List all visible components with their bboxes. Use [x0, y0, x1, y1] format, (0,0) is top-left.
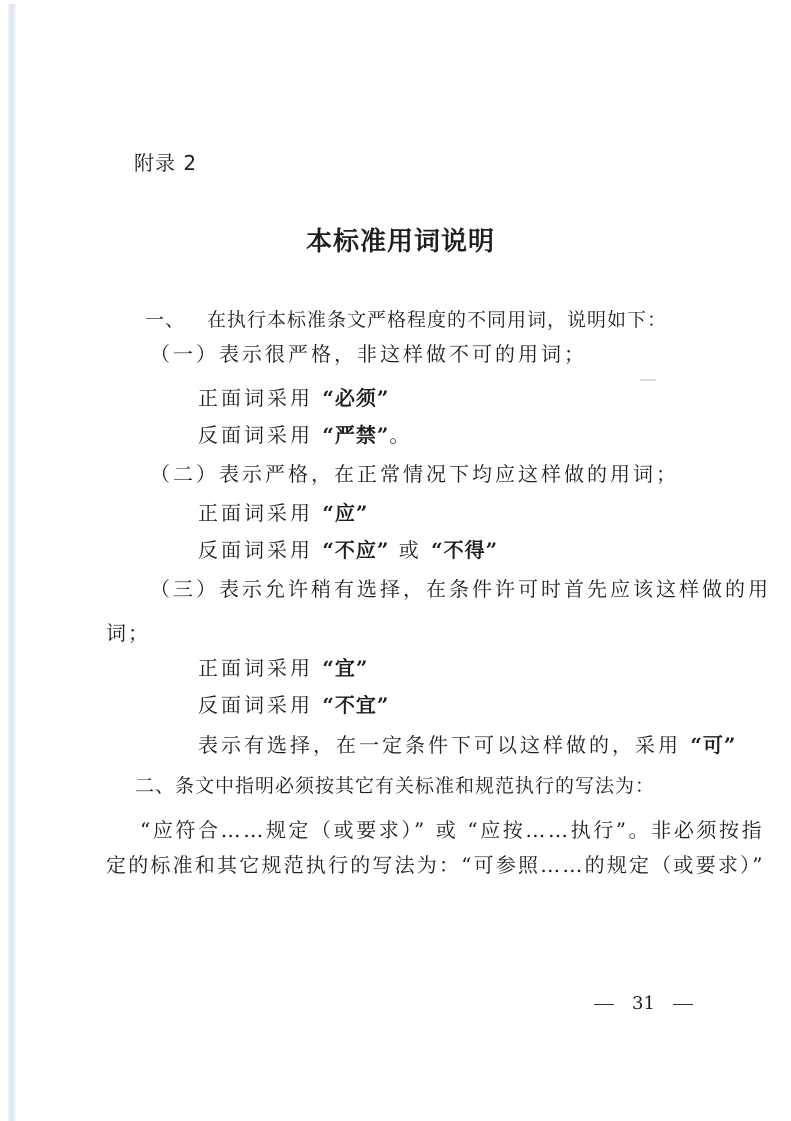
- negative-terms: “不宜”: [322, 693, 389, 717]
- section-2-paragraph-line-1: “应符合……规定（或要求）” 或 “应按……执行”。非必须按指: [140, 818, 764, 842]
- item-1-label: （一）表示很严格，非这样做不可的用词；: [150, 342, 587, 366]
- item-2-positive: 正面词采用 “应”: [198, 501, 368, 525]
- positive-terms: “必须”: [322, 386, 389, 410]
- negative-prefix: 反面词采用: [198, 423, 313, 447]
- item-1-positive: 正面词采用 “必须”: [198, 386, 389, 410]
- scan-speck: [640, 379, 656, 381]
- negative-prefix: 反面词采用: [198, 538, 313, 562]
- item-3-label: （三）表示允许稍有选择，在条件许可时首先应该这样做的用: [150, 577, 771, 601]
- positive-prefix: 正面词采用: [198, 501, 313, 525]
- negative-or: 或: [399, 538, 422, 562]
- positive-prefix: 正面词采用: [198, 656, 313, 680]
- optional-prefix: 表示有选择，在一定条件下可以这样做的，采用: [198, 733, 681, 757]
- optional-terms: “可”: [690, 733, 736, 757]
- section-2-heading: 二、条文中指明必须按其它有关标准和规范执行的写法为：: [135, 774, 655, 798]
- negative-term-2: “不得”: [431, 538, 498, 562]
- page-number: 31: [594, 992, 693, 1016]
- positive-prefix: 正面词采用: [198, 386, 313, 410]
- item-2-negative: 反面词采用 “不应” 或 “不得”: [198, 538, 498, 562]
- item-1-negative: 反面词采用 “严禁”。: [198, 423, 412, 447]
- scan-edge-artifact: [8, 4, 17, 1121]
- page-number-dash-right: [673, 1004, 693, 1005]
- section-1-heading: 一、在执行本标准条文严格程度的不同用词，说明如下：: [145, 308, 667, 332]
- page-title: 本标准用词说明: [0, 226, 791, 258]
- section-1-heading-text: 在执行本标准条文严格程度的不同用词，说明如下：: [207, 309, 667, 331]
- item-2-label: （二）表示严格，在正常情况下均应这样做的用词；: [150, 462, 679, 486]
- negative-prefix: 反面词采用: [198, 693, 313, 717]
- positive-terms: “应”: [322, 501, 368, 525]
- positive-terms: “宜”: [322, 656, 368, 680]
- negative-term-1: “不应”: [322, 538, 389, 562]
- page-number-dash-left: [594, 1004, 614, 1005]
- page-number-value: 31: [632, 993, 655, 1014]
- item-3-negative: 反面词采用 “不宜”: [198, 693, 389, 717]
- section-2-paragraph-line-2: 定的标准和其它规范执行的写法为：“可参照……的规定（或要求）”: [106, 853, 765, 877]
- negative-terms: “严禁”: [322, 423, 389, 447]
- appendix-label: 附录 2: [134, 151, 197, 175]
- item-3-label-continuation: 词；: [106, 621, 150, 645]
- item-3-optional: 表示有选择，在一定条件下可以这样做的，采用 “可”: [198, 733, 736, 757]
- negative-suffix: 。: [389, 423, 412, 447]
- section-1-number: 一、: [145, 309, 185, 331]
- item-3-positive: 正面词采用 “宜”: [198, 656, 368, 680]
